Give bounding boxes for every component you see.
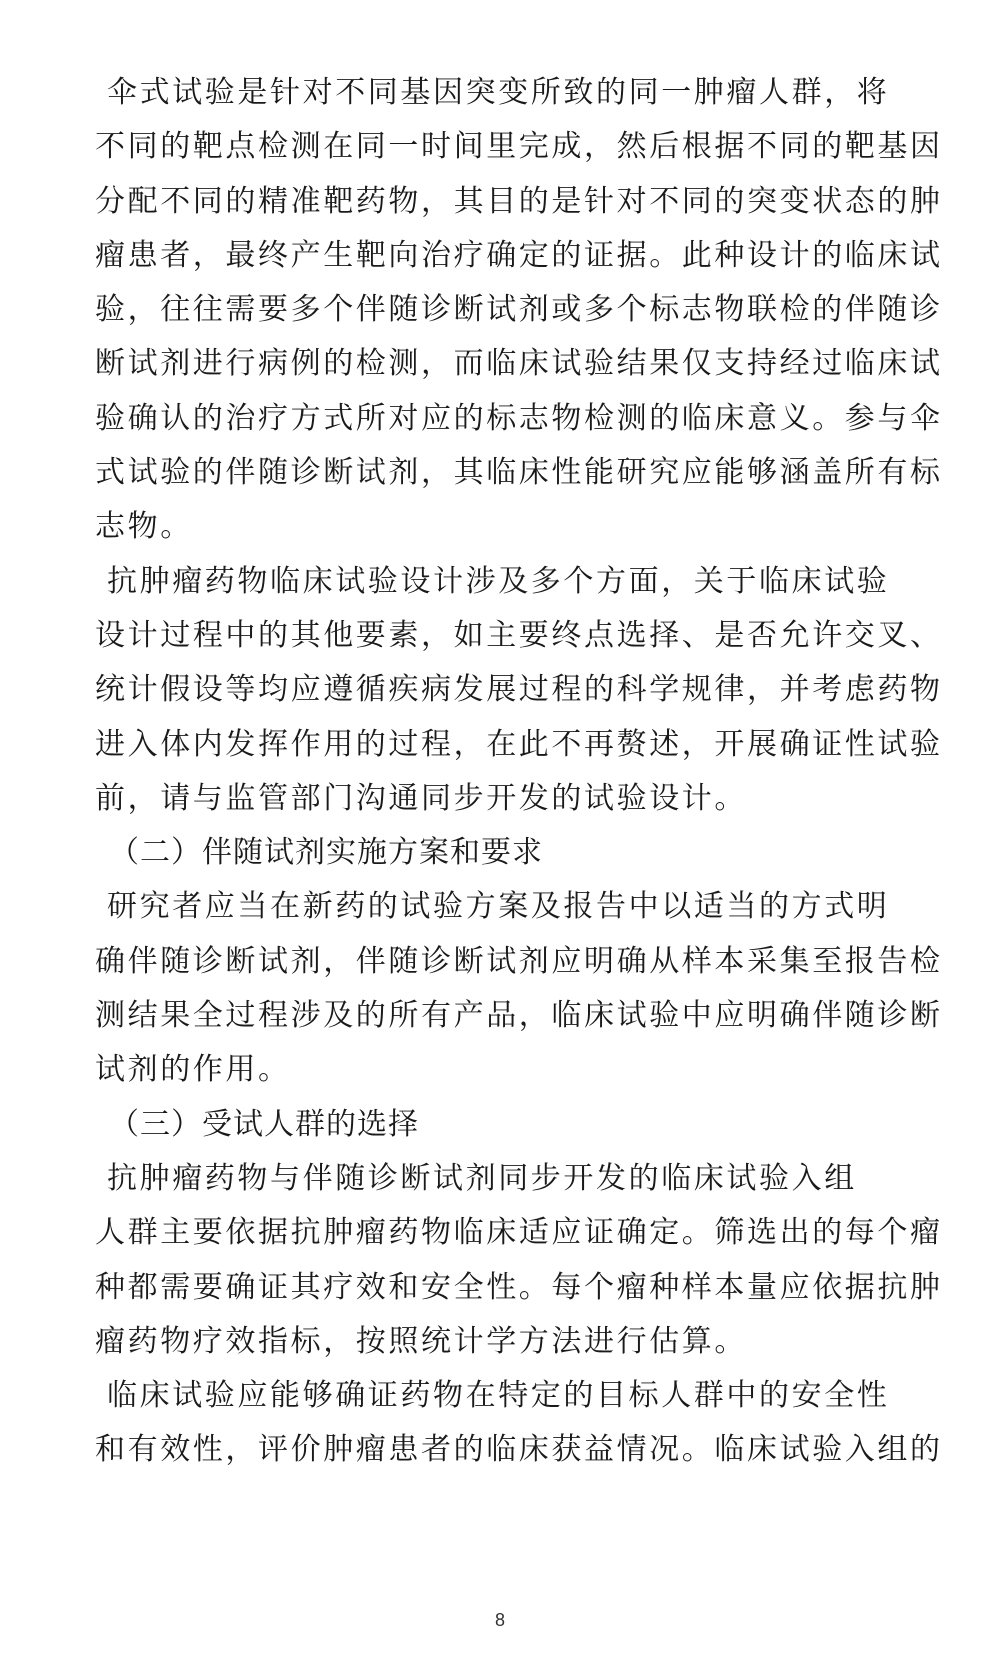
- paragraph-efficacy-line-1: 临床试验应能够确证药物在特定的目标人群中的安全性: [95, 1369, 955, 1423]
- paragraph-population-line-3: 种都需要确证其疗效和安全性。每个瘤种样本量应依据抗肿: [95, 1261, 955, 1315]
- section-heading-3: （三）受试人群的选择: [95, 1098, 955, 1152]
- paragraph-trial-design-line-5: 前，请与监管部门沟通同步开发的试验设计。: [95, 772, 955, 826]
- paragraph-umbrella-trial-line-1: 伞式试验是针对不同基因突变所致的同一肿瘤人群，将: [95, 66, 955, 120]
- paragraph-reagent-plan-line-3: 测结果全过程涉及的所有产品，临床试验中应明确伴随诊断: [95, 989, 955, 1043]
- paragraph-efficacy-line-2: 和有效性，评价肿瘤患者的临床获益情况。临床试验入组的: [95, 1423, 955, 1477]
- document-page: 伞式试验是针对不同基因突变所致的同一肿瘤人群，将 不同的靶点检测在同一时间里完成…: [0, 0, 1000, 1667]
- paragraph-umbrella-trial-line-8: 式试验的伴随诊断试剂，其临床性能研究应能够涵盖所有标: [95, 446, 955, 500]
- paragraph-reagent-plan-line-4: 试剂的作用。: [95, 1043, 955, 1097]
- page-number: 8: [0, 1610, 1000, 1631]
- paragraph-umbrella-trial-line-9: 志物。: [95, 500, 955, 554]
- paragraph-trial-design-line-3: 统计假设等均应遵循疾病发展过程的科学规律，并考虑药物: [95, 663, 955, 717]
- paragraph-population-line-2: 人群主要依据抗肿瘤药物临床适应证确定。筛选出的每个瘤: [95, 1206, 955, 1260]
- paragraph-umbrella-trial-line-5: 验，往往需要多个伴随诊断试剂或多个标志物联检的伴随诊: [95, 283, 955, 337]
- paragraph-umbrella-trial-line-4: 瘤患者，最终产生靶向治疗确定的证据。此种设计的临床试: [95, 229, 955, 283]
- paragraph-trial-design-line-2: 设计过程中的其他要素，如主要终点选择、是否允许交叉、: [95, 609, 955, 663]
- paragraph-umbrella-trial-line-7: 验确认的治疗方式所对应的标志物检测的临床意义。参与伞: [95, 392, 955, 446]
- document-body: 伞式试验是针对不同基因突变所致的同一肿瘤人群，将 不同的靶点检测在同一时间里完成…: [95, 66, 955, 1478]
- paragraph-umbrella-trial-line-6: 断试剂进行病例的检测，而临床试验结果仅支持经过临床试: [95, 337, 955, 391]
- paragraph-reagent-plan-line-1: 研究者应当在新药的试验方案及报告中以适当的方式明: [95, 880, 955, 934]
- paragraph-reagent-plan-line-2: 确伴随诊断试剂，伴随诊断试剂应明确从样本采集至报告检: [95, 935, 955, 989]
- section-heading-2: （二）伴随试剂实施方案和要求: [95, 826, 955, 880]
- paragraph-population-line-4: 瘤药物疗效指标，按照统计学方法进行估算。: [95, 1315, 955, 1369]
- paragraph-umbrella-trial-line-2: 不同的靶点检测在同一时间里完成，然后根据不同的靶基因: [95, 120, 955, 174]
- paragraph-trial-design-line-4: 进入体内发挥作用的过程，在此不再赘述，开展确证性试验: [95, 718, 955, 772]
- paragraph-population-line-1: 抗肿瘤药物与伴随诊断试剂同步开发的临床试验入组: [95, 1152, 955, 1206]
- paragraph-umbrella-trial-line-3: 分配不同的精准靶药物，其目的是针对不同的突变状态的肿: [95, 175, 955, 229]
- paragraph-trial-design-line-1: 抗肿瘤药物临床试验设计涉及多个方面，关于临床试验: [95, 555, 955, 609]
